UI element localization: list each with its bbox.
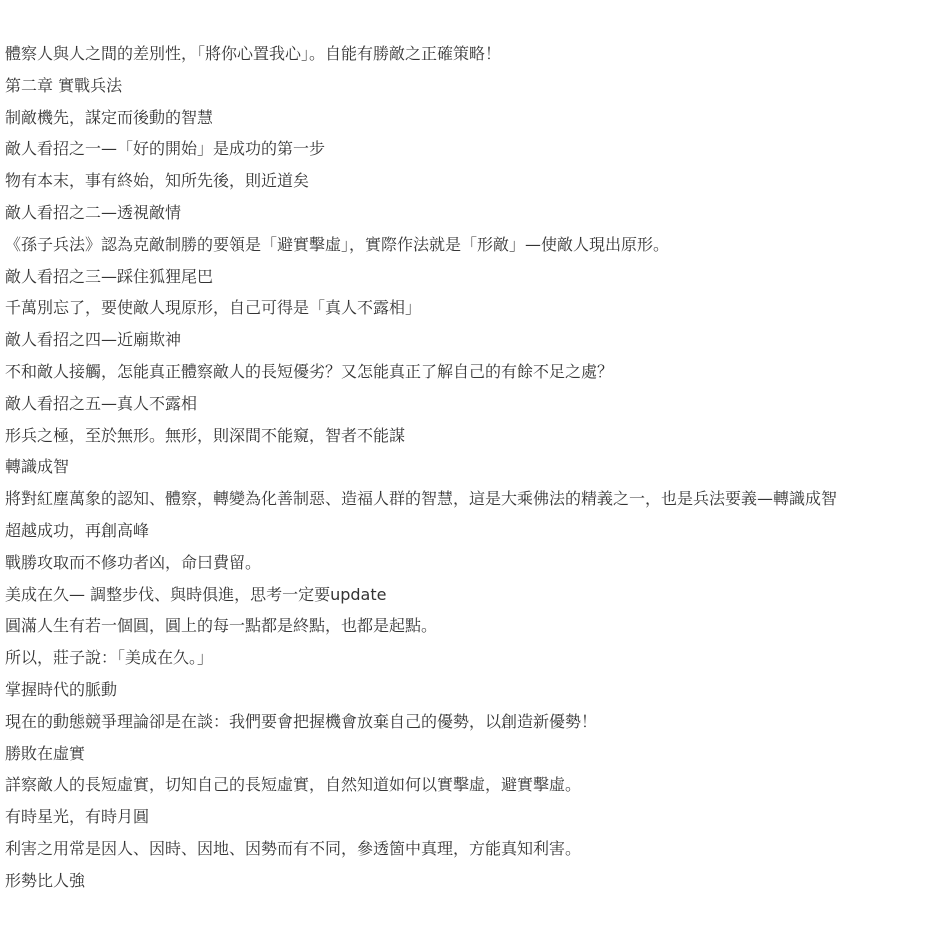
- section-heading: 轉識成智: [0, 451, 930, 483]
- text-line: 物有本末，事有終始，知所先後，則近道矣: [0, 165, 930, 197]
- text-line: 將對紅塵萬象的認知、體察，轉變為化善制惡、造福人群的智慧，這是大乘佛法的精義之一…: [0, 483, 930, 515]
- text-line: 圓滿人生有若一個圓，圓上的每一點都是終點，也都是起點。: [0, 610, 930, 642]
- section-heading: 有時星光，有時月圓: [0, 801, 930, 833]
- subsection-heading: 敵人看招之一—「好的開始」是成功的第一步: [0, 133, 930, 165]
- text-line-1: 體察人與人之間的差別性，「將你心置我心」。自能有勝敵之正確策略！: [0, 38, 930, 70]
- text-line: 千萬別忘了，要使敵人現原形，自己可得是「真人不露相」: [0, 292, 930, 324]
- section-heading: 勝敗在虛實: [0, 738, 930, 770]
- text-line: 戰勝攻取而不修功者凶，命曰費留。: [0, 547, 930, 579]
- subsection-heading: 敵人看招之五—真人不露相: [0, 388, 930, 420]
- subsection-heading: 敵人看招之三—踩住狐狸尾巴: [0, 261, 930, 293]
- text-line: 詳察敵人的長短虛實，切知自己的長短虛實，自然知道如何以實擊虛，避實擊虛。: [0, 769, 930, 801]
- text-line: 形兵之極，至於無形。無形，則深間不能窺，智者不能謀: [0, 420, 930, 452]
- text-line: 所以，莊子說：「美成在久。」: [0, 642, 930, 674]
- text-line: 《孫子兵法》認為克敵制勝的要領是「避實擊虛」，實際作法就是「形敵」—使敵人現出原…: [0, 229, 930, 261]
- document-page: 體察人與人之間的差別性，「將你心置我心」。自能有勝敵之正確策略！ 第二章 實戰兵…: [0, 0, 930, 930]
- subsection-heading: 美成在久— 調整步伐、與時俱進，思考一定要update: [0, 579, 930, 611]
- section-heading: 掌握時代的脈動: [0, 674, 930, 706]
- section-heading: 超越成功，再創高峰: [0, 515, 930, 547]
- section-heading: 制敵機先，謀定而後動的智慧: [0, 102, 930, 134]
- text-line: 利害之用常是因人、因時、因地、因勢而有不同，參透箇中真理，方能真知利害。: [0, 833, 930, 865]
- section-heading: 形勢比人強: [0, 865, 930, 897]
- subsection-heading: 敵人看招之二—透視敵情: [0, 197, 930, 229]
- chapter-heading: 第二章 實戰兵法: [0, 70, 930, 102]
- subsection-heading: 敵人看招之四—近廟欺神: [0, 324, 930, 356]
- text-line: 不和敵人接觸，怎能真正體察敵人的長短優劣？又怎能真正了解自己的有餘不足之處？: [0, 356, 930, 388]
- text-line: 現在的動態競爭理論卻是在談：我們要會把握機會放棄自己的優勢，以創造新優勢！: [0, 706, 930, 738]
